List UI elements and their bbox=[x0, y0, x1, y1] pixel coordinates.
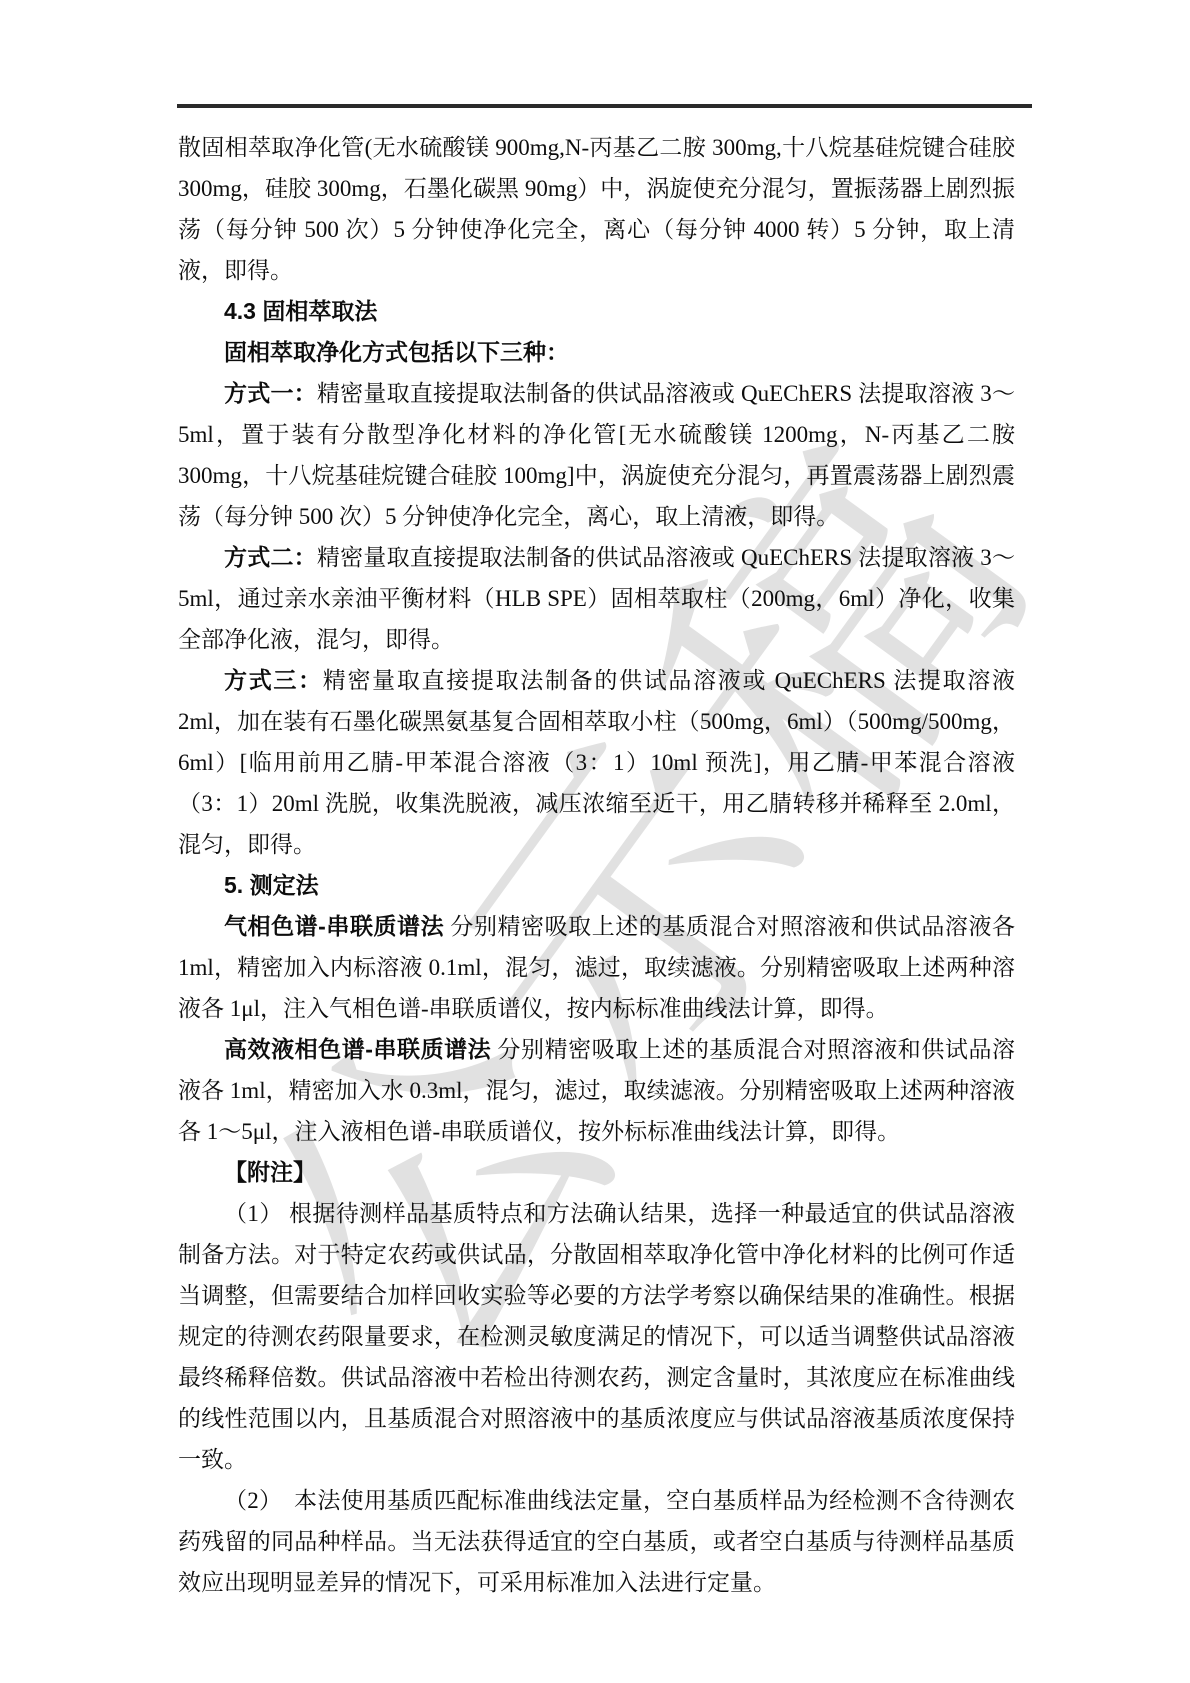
text-run: （2） 本法使用基质匹配标准曲线法定量，空白基质样品为经检测不含待测农药残留的同… bbox=[178, 1488, 1015, 1595]
paragraph: （2） 本法使用基质匹配标准曲线法定量，空白基质样品为经检测不含待测农药残留的同… bbox=[178, 1480, 1015, 1603]
bold-text-run: 高效液相色谱-串联质谱法 bbox=[224, 1036, 491, 1062]
paragraph: 方式二：精密量取直接提取法制备的供试品溶液或 QuEChERS 法提取溶液 3～… bbox=[178, 537, 1015, 660]
paragraph: 方式三：精密量取直接提取法制备的供试品溶液或 QuEChERS 法提取溶液 2m… bbox=[178, 660, 1015, 865]
text-run: 散固相萃取净化管(无水硫酸镁 900mg,N-丙基乙二胺 300mg,十八烷基硅… bbox=[178, 135, 1015, 283]
bold-text-run: 固相萃取净化方式包括以下三种： bbox=[224, 339, 569, 365]
paragraph: 方式一：精密量取直接提取法制备的供试品溶液或 QuEChERS 法提取溶液 3～… bbox=[178, 373, 1015, 537]
paragraph: 5. 测定法 bbox=[178, 865, 1015, 906]
paragraph: 固相萃取净化方式包括以下三种： bbox=[178, 332, 1015, 373]
bold-text-run: 方式二： bbox=[224, 544, 317, 570]
header-rule bbox=[177, 104, 1032, 108]
bold-text-run: 4.3 固相萃取法 bbox=[224, 298, 377, 324]
bold-text-run: 【附注】 bbox=[224, 1159, 316, 1185]
paragraph: 气相色谱-串联质谱法 分别精密吸取上述的基质混合对照溶液和供试品溶液各 1ml，… bbox=[178, 906, 1015, 1029]
paragraph: 散固相萃取净化管(无水硫酸镁 900mg,N-丙基乙二胺 300mg,十八烷基硅… bbox=[178, 127, 1015, 291]
document-body: 散固相萃取净化管(无水硫酸镁 900mg,N-丙基乙二胺 300mg,十八烷基硅… bbox=[178, 127, 1015, 1603]
bold-text-run: 方式三： bbox=[224, 667, 323, 693]
bold-text-run: 方式一： bbox=[224, 380, 317, 406]
bold-text-run: 气相色谱-串联质谱法 bbox=[224, 913, 444, 939]
text-run: 精密量取直接提取法制备的供试品溶液或 QuEChERS 法提取溶液 2ml，加在… bbox=[178, 668, 1015, 857]
paragraph: （1） 根据待测样品基质特点和方法确认结果，选择一种最适宜的供试品溶液制备方法。… bbox=[178, 1193, 1015, 1480]
document-page: 公示稿 散固相萃取净化管(无水硫酸镁 900mg,N-丙基乙二胺 300mg,十… bbox=[0, 0, 1190, 1683]
bold-text-run: 5. 测定法 bbox=[224, 872, 319, 898]
text-run: （1） 根据待测样品基质特点和方法确认结果，选择一种最适宜的供试品溶液制备方法。… bbox=[178, 1201, 1015, 1472]
paragraph: 4.3 固相萃取法 bbox=[178, 291, 1015, 332]
paragraph: 【附注】 bbox=[178, 1152, 1015, 1193]
paragraph: 高效液相色谱-串联质谱法 分别精密吸取上述的基质混合对照溶液和供试品溶液各 1m… bbox=[178, 1029, 1015, 1152]
